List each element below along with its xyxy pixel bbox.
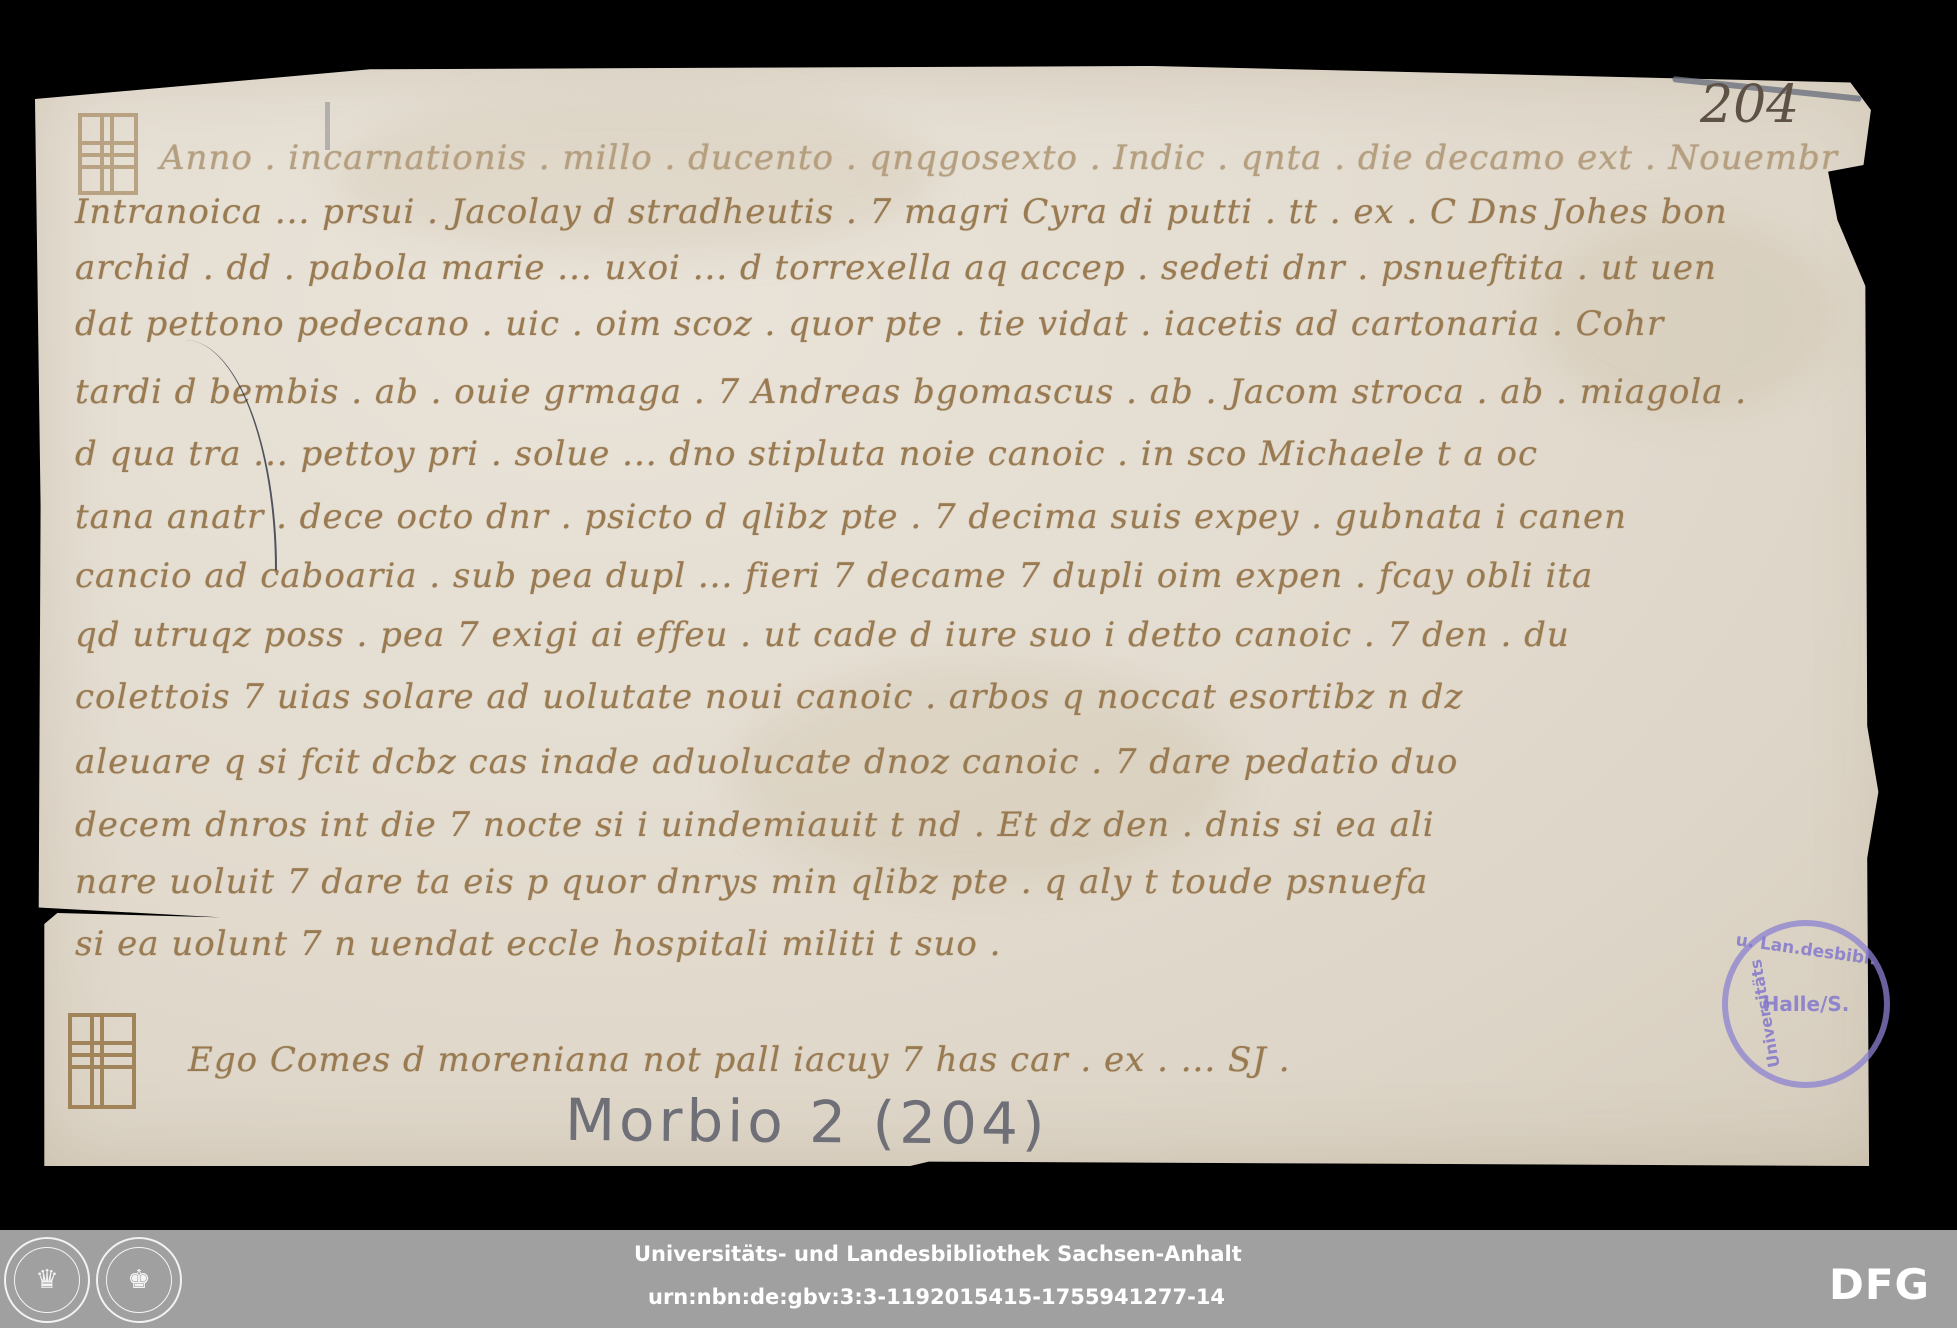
document-viewer: 204 Anno . incarnationis . millo . ducen…: [0, 0, 1957, 1230]
archival-number: 204: [1700, 75, 1799, 135]
shelfmark-annotation: Morbio 2 (204): [565, 1086, 1049, 1158]
stamp-city-text: Halle/S.: [1728, 992, 1884, 1016]
manuscript-line: Anno . incarnationis . millo . ducento .…: [160, 138, 1838, 178]
manuscript-line: aleuare q si fcit dcbz cas inade aduoluc…: [75, 742, 1458, 782]
manuscript-line: dat pettono pedecano . uic . oim scoz . …: [75, 304, 1664, 344]
urn-identifier: urn:nbn:de:gbv:3:3-1192015415-1755941277…: [648, 1285, 1225, 1309]
seal-figure-icon: ♛: [14, 1247, 80, 1313]
manuscript-line: nare uoluit 7 dare ta eis p quor dnrys m…: [75, 862, 1428, 902]
institution-name: Universitäts- und Landesbibliothek Sachs…: [634, 1242, 1242, 1266]
notarial-sign-icon: [78, 113, 138, 195]
footer-bar: ♛ ♚ Universitäts- und Landesbibliothek S…: [0, 1230, 1957, 1328]
manuscript-line: tana anatr . dece octo dnr . psicto d ql…: [75, 497, 1627, 537]
university-seal-icon: ♚: [96, 1237, 182, 1323]
university-seal-icon: ♛: [4, 1237, 90, 1323]
manuscript-line: tardi d bembis . ab . ouie grmaga . 7 An…: [75, 372, 1747, 412]
notarial-sign-icon: [68, 1013, 136, 1109]
manuscript-subscription: Ego Comes d moreniana not pall iacuy 7 h…: [188, 1040, 1291, 1080]
manuscript-line: si ea uolunt 7 n uendat eccle hospitali …: [75, 924, 1001, 964]
library-stamp: u. Lan.desbibl. Universitäts Halle/S.: [1722, 920, 1890, 1088]
manuscript-line: Intranoica ... prsui . Jacolay d stradhe…: [75, 192, 1728, 232]
dfg-logo: DFG: [1829, 1260, 1930, 1309]
manuscript-line: colettois 7 uias solare ad uolutate noui…: [75, 677, 1463, 717]
manuscript-line: qd utruqz poss . pea 7 exigi ai effeu . …: [75, 615, 1570, 655]
seal-figure-icon: ♚: [106, 1247, 172, 1313]
manuscript-line: cancio ad caboaria . sub pea dupl ... fi…: [75, 556, 1593, 596]
manuscript-line: archid . dd . pabola marie ... uxoi ... …: [75, 248, 1717, 288]
manuscript-line: d qua tra ... pettoy pri . solue ... dno…: [75, 434, 1538, 474]
manuscript-line: decem dnros int die 7 nocte si i uindemi…: [75, 805, 1435, 845]
